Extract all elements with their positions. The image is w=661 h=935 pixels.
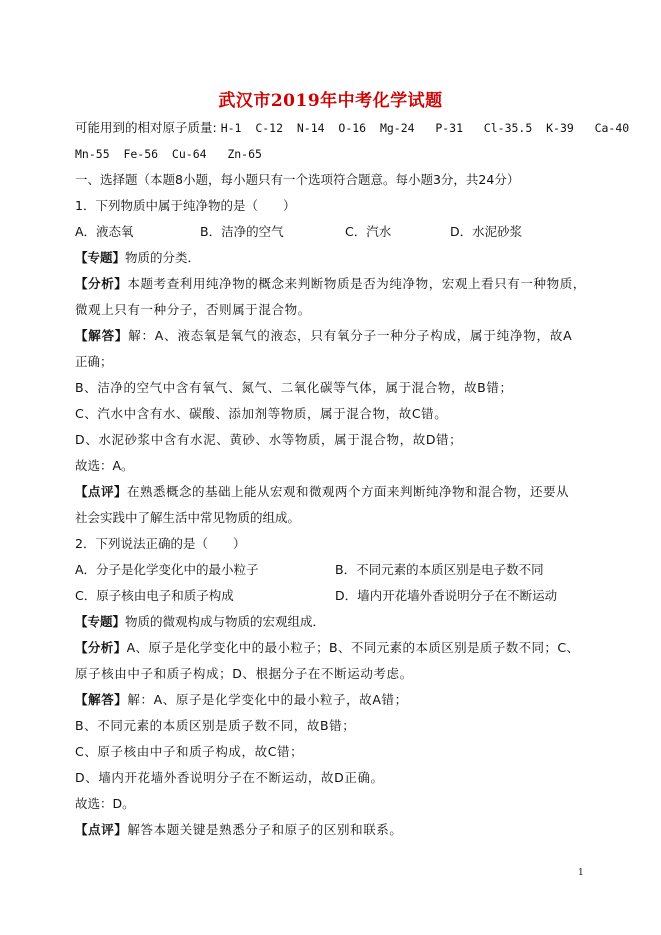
comment-text: 解答本题关键是熟悉分子和原子的区别和联系。 [127, 822, 402, 837]
question-1-comment-line-2: 社会实践中了解生活中常见物质的组成。 [75, 510, 300, 526]
question-2-answer-line-2: B、不同元素的本质区别是质子数不同，故B错； [75, 718, 355, 734]
question-2-analysis-line-2: 原子核由中子和质子构成；D、根据分子在不断运动考虑。 [75, 666, 413, 682]
question-2-answer-line-5: 故选：D。 [75, 796, 135, 812]
answer-tag: 【解答】 [75, 692, 127, 707]
question-2-answer-line-4: D、墙内开花墙外香说明分子在不断运动，故D正确。 [75, 770, 384, 786]
question-1-option-c: C．汽水 [345, 224, 391, 240]
question-1-option-d: D．水泥砂浆 [450, 224, 522, 240]
analysis-tag: 【分析】 [75, 640, 127, 655]
section-heading: 一、选择题（本题8小题，每小题只有一个选项符合题意。每小题3分，共24分） [75, 172, 519, 188]
question-2-answer-line-1: 【解答】解：A、原子是化学变化中的最小粒子，故A错； [75, 692, 408, 708]
question-1-topic: 【专题】物质的分类． [75, 250, 200, 266]
answer-tag: 【解答】 [75, 328, 128, 343]
answer-text: 解：A、原子是化学变化中的最小粒子，故A错； [127, 692, 407, 707]
comment-tag: 【点评】 [75, 822, 127, 837]
question-2-answer-line-3: C、原子核由中子和质子构成，故C错； [75, 744, 303, 760]
analysis-text: 本题考查利用纯净物的概念来判断物质是否为纯净物，宏观上看只有一种物质， [127, 276, 586, 291]
question-2-comment-line-1: 【点评】解答本题关键是熟悉分子和原子的区别和联系。 [75, 822, 403, 838]
question-2-topic: 【专题】物质的微观构成与物质的宏观组成． [75, 614, 325, 630]
question-1-answer-line-1: 【解答】解：A、液态氧是氧气的液态，只有氧分子一种分子构成，属于纯净物，故A [75, 328, 573, 344]
topic-tag: 【专题】 [75, 250, 125, 265]
page-title: 武汉市2019年中考化学试题 [0, 86, 661, 111]
question-2-analysis-line-1: 【分析】A、原子是化学变化中的最小粒子；B、不同元素的本质区别是质子数不同；C、 [75, 640, 579, 656]
question-1-answer-line-2: 正确； [75, 354, 113, 370]
question-1-answer-line-5: D、水泥砂浆中含有水泥、黄砂、水等物质，属于混合物，故D错； [75, 432, 462, 448]
topic-text: 物质的分类． [125, 250, 200, 265]
atomic-masses-line-1: 可能用到的相对原子质量: H-1 C-12 N-14 O-16 Mg-24 P-… [75, 120, 629, 136]
question-1-analysis-line-2: 微观上只有一种分子，否则属于混合物。 [75, 302, 311, 318]
question-1-answer-line-4: C、汽水中含有水、碳酸、添加剂等物质，属于混合物，故C错。 [75, 406, 447, 422]
atomic-masses-line-2: Mn-55 Fe-56 Cu-64 Zn-65 [75, 146, 262, 162]
question-1-comment-line-1: 【点评】在熟悉概念的基础上能从宏观和微观两个方面来判断纯净物和混合物，还要从 [75, 484, 569, 500]
question-1-answer-line-3: B、洁净的空气中含有氧气、氮气、二氧化碳等气体，属于混合物，故B错； [75, 380, 513, 396]
comment-tag: 【点评】 [75, 484, 127, 499]
question-2-option-b: B．不同元素的本质区别是电子数不同 [335, 562, 544, 578]
analysis-tag: 【分析】 [75, 276, 127, 291]
analysis-text: A、原子是化学变化中的最小粒子；B、不同元素的本质区别是质子数不同；C、 [127, 640, 580, 655]
question-1-answer-line-6: 故选：A。 [75, 458, 134, 474]
question-2-option-a: A．分子是化学变化中的最小粒子 [75, 562, 259, 578]
question-1-option-b: B．洁净的空气 [200, 224, 284, 240]
comment-text: 在熟悉概念的基础上能从宏观和微观两个方面来判断纯净物和混合物，还要从 [127, 484, 569, 499]
topic-text: 物质的微观构成与物质的宏观组成． [125, 614, 325, 629]
answer-text: 解：A、液态氧是氧气的液态，只有氧分子一种分子构成，属于纯净物，故A [128, 328, 572, 343]
question-1-stem: 1．下列物质中属于纯净物的是（ ） [75, 198, 295, 214]
atomic-masses-label: 可能用到的相对原子质量: [75, 120, 217, 135]
topic-tag: 【专题】 [75, 614, 125, 629]
question-1-analysis-line-1: 【分析】本题考查利用纯净物的概念来判断物质是否为纯净物，宏观上看只有一种物质， [75, 276, 586, 292]
question-1-option-a: A．液态氧 [75, 224, 134, 240]
question-2-stem: 2．下列说法正确的是（ ） [75, 536, 245, 552]
question-2-option-d: D．墙内开花墙外香说明分子在不断运动 [335, 588, 557, 604]
question-2-option-c: C．原子核由电子和质子构成 [75, 588, 234, 604]
atomic-masses-values: H-1 C-12 N-14 O-16 Mg-24 P-31 Cl-35.5 K-… [221, 121, 630, 135]
page-number: 1 [578, 868, 584, 878]
